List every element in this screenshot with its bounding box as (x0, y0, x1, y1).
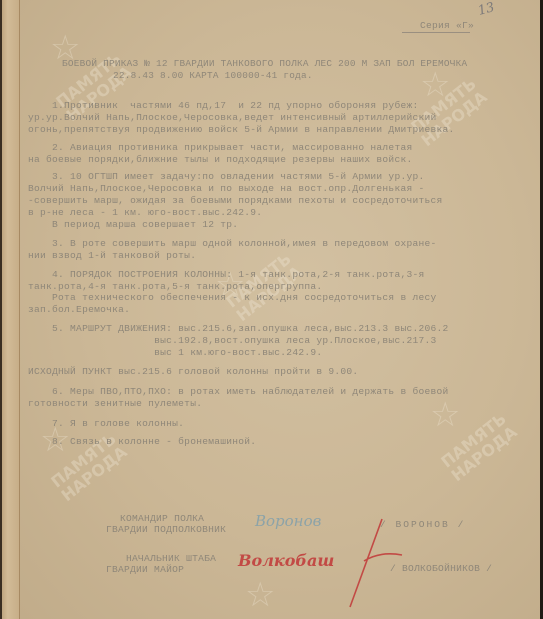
scan-edge-left (0, 0, 2, 619)
page-number-handwritten: 13 (476, 0, 496, 19)
star-icon: ☆ (430, 395, 460, 435)
order-date-line: 22.8.43 8.00 КАРТА 100000-41 года. (113, 70, 313, 82)
watermark: ПАМЯТЬ НАРОДА (438, 410, 520, 485)
copy-label-underline (402, 32, 470, 33)
copy-label: Серия «Г» (420, 20, 474, 32)
star-icon: ☆ (420, 65, 450, 105)
signer-name: / ВОЛКОБОЙНИКОВ / (390, 563, 492, 575)
order-title: БОЕВОЙ ПРИКАЗ № 12 ГВАРДИИ ТАНКОВОГО ПОЛ… (62, 58, 467, 70)
signer-title: КОМАНДИР ПОЛКА (120, 513, 204, 525)
signer-title: НАЧАЛЬНИК ШТАБА (126, 553, 216, 565)
signer-rank: ГВАРДИИ ПОДПОЛКОВНИК (106, 524, 226, 536)
signer-rank: ГВАРДИИ МАЙОР (106, 564, 184, 576)
paragraph-8: 8. Связь в колонне - бронемашиной. (28, 436, 256, 448)
star-icon: ☆ (245, 575, 275, 615)
document-page: ☆ ПАМЯТЬ НАРОДА ☆ ПАМЯТЬ НАРОДА ☆ ПАМЯТЬ… (20, 0, 540, 619)
handwritten-signature: Воронов (255, 512, 321, 530)
start-point-line: ИСХОДНЫЙ ПУНКТ выс.215.6 головой колонны… (28, 366, 358, 378)
binding-margin (0, 0, 20, 619)
paragraph-7: 7. Я в голове колонны. (28, 418, 184, 430)
